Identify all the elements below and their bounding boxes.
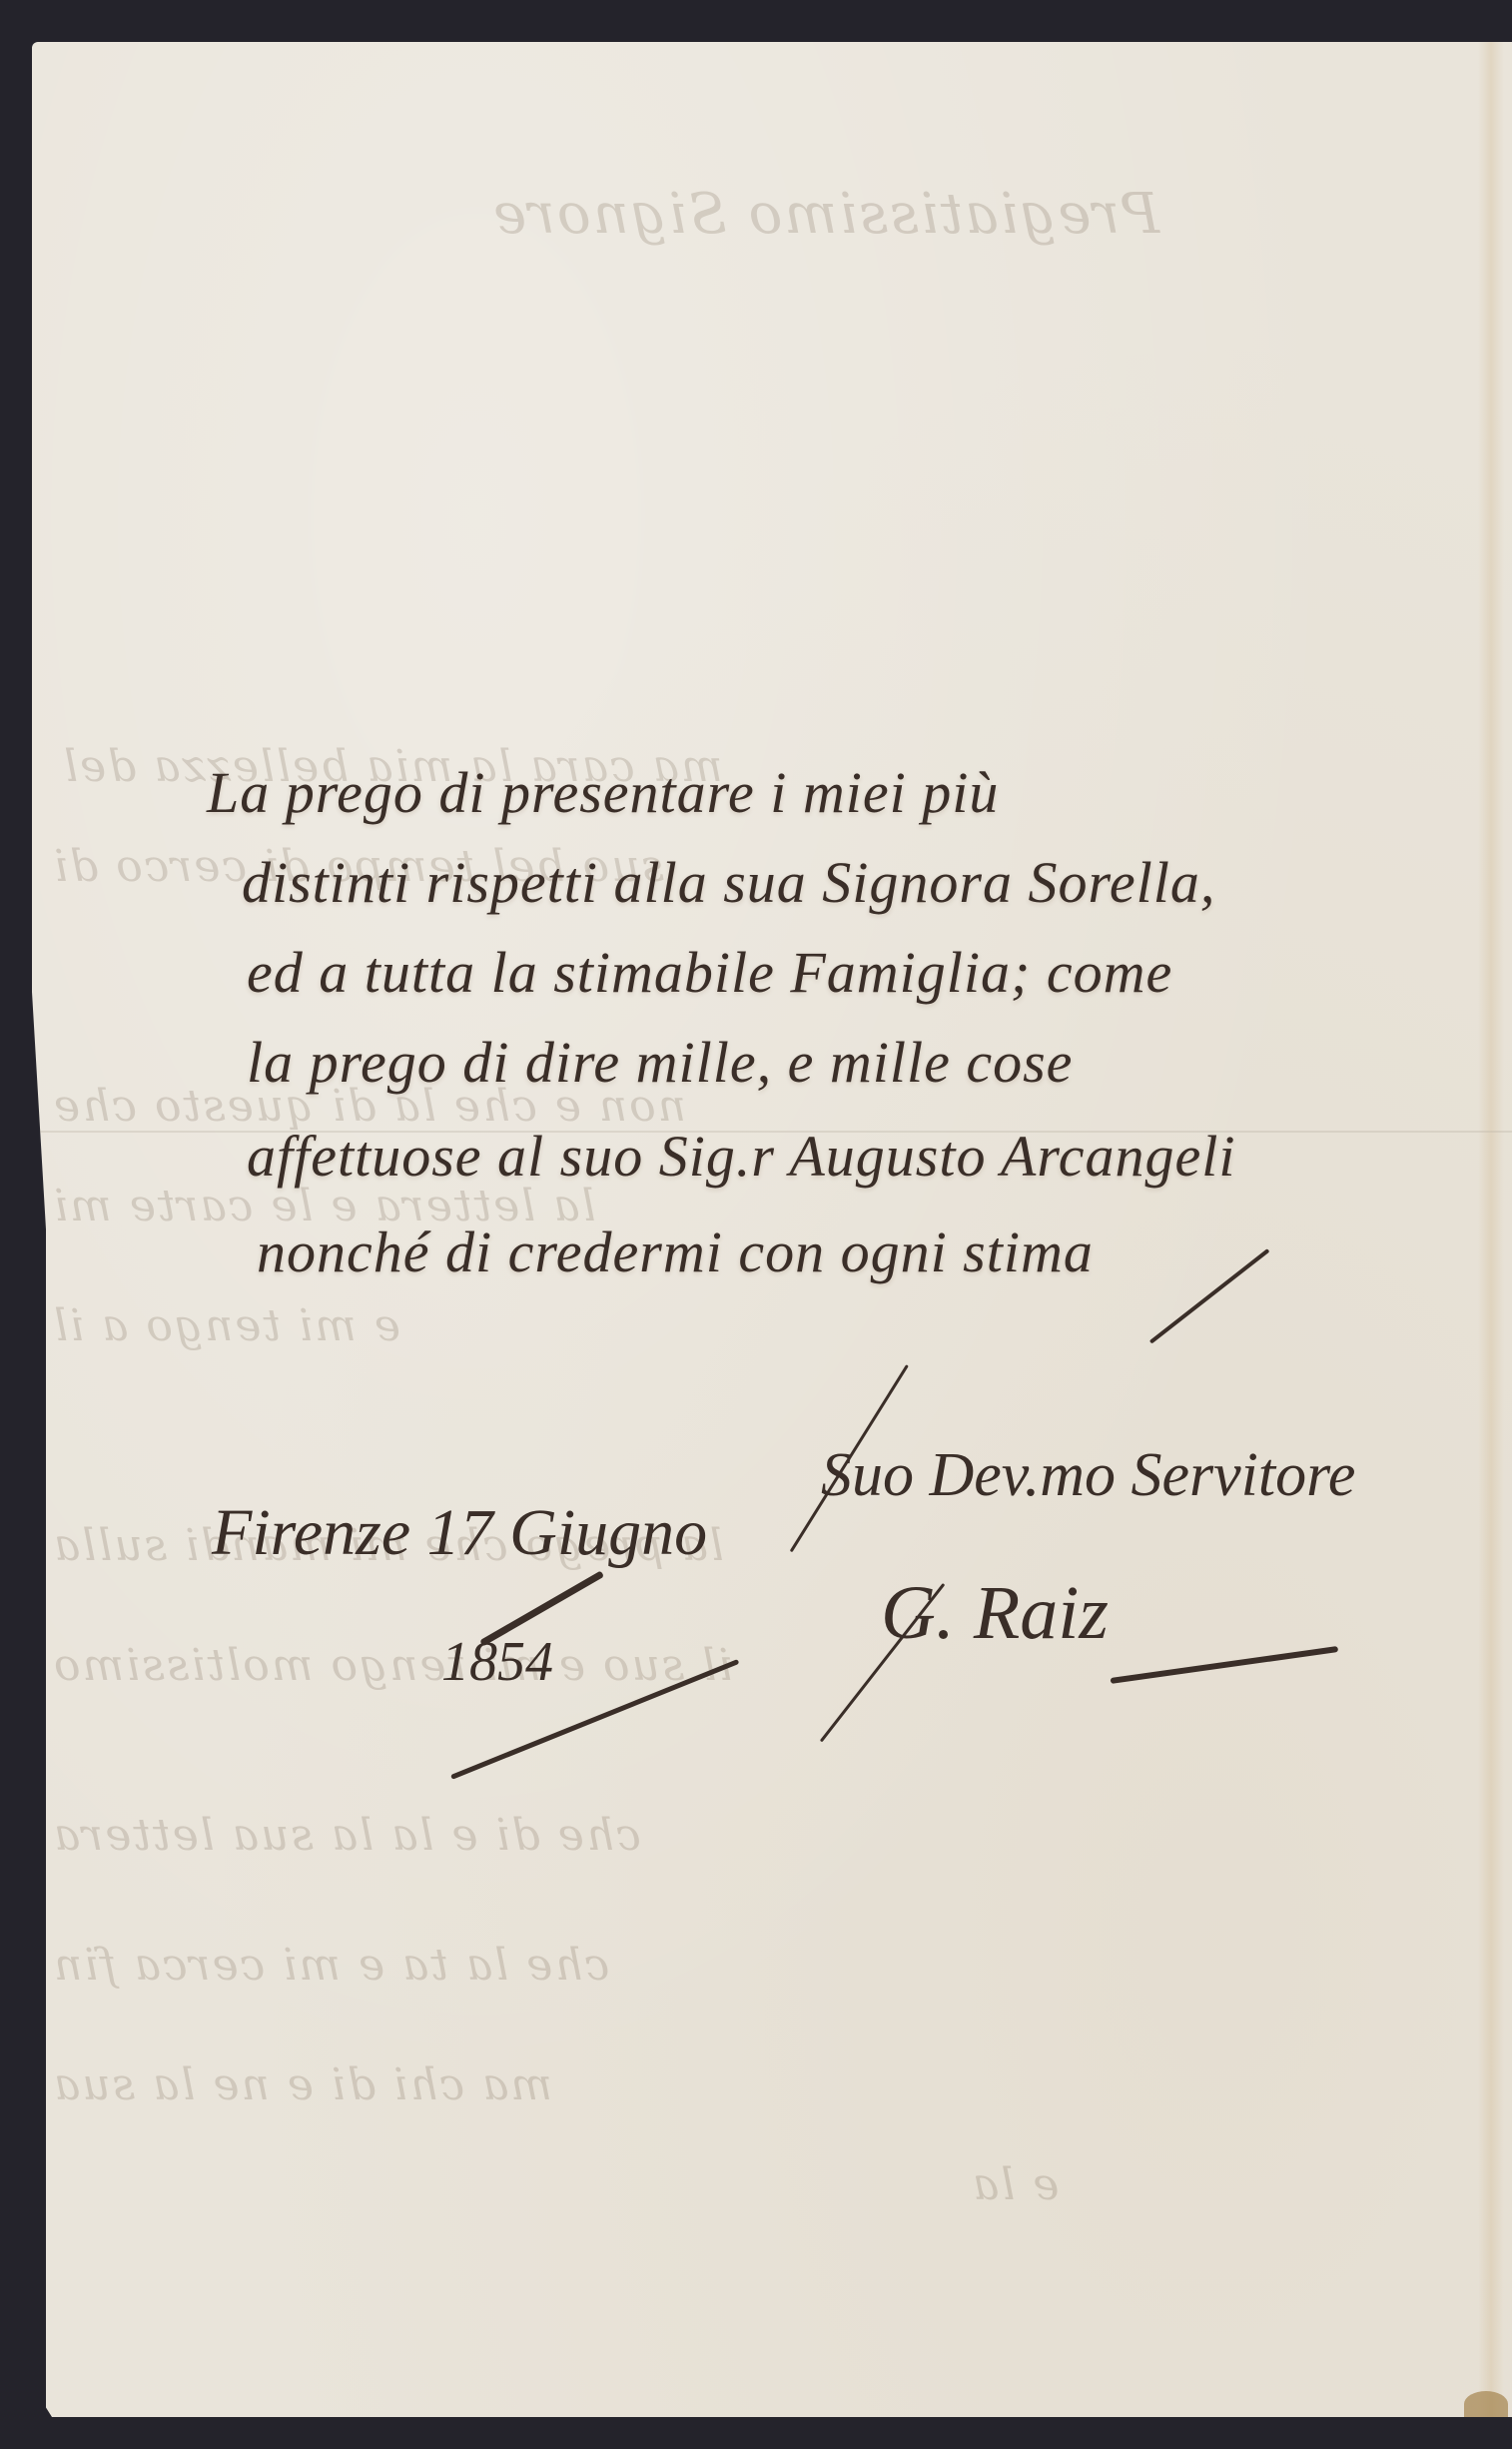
letter-page: Pregiatissimo Signore ma cara la mia bel… <box>32 42 1512 2417</box>
bleed-through-header: Pregiatissimo Signore <box>491 182 1159 247</box>
bleed-through-line: il suo e mi tengo moltissimo <box>52 1640 733 1691</box>
letter-line: distinti rispetti alla sua Signora Sorel… <box>242 849 1215 916</box>
bleed-through-line: ma chi di e ne la sua <box>52 2059 552 2110</box>
bleed-through-line: che di e la la sua lettera <box>52 1810 641 1861</box>
valediction: Suo Dev.mo Servitore <box>821 1440 1355 1511</box>
corner-stain <box>1464 2391 1508 2417</box>
bleed-through-line: e mi tengo a il <box>52 1300 400 1351</box>
bleed-through-line: che la ta e mi cerca fin <box>52 1940 609 1991</box>
letter-line: La prego di presentare i miei più <box>207 759 999 826</box>
place-date: Firenze 17 Giugno <box>212 1495 707 1571</box>
letter-line: ed a tutta la stimabile Famiglia; come <box>247 939 1172 1006</box>
signature-flourish <box>1111 1646 1339 1684</box>
bleed-through-line: e la <box>971 2159 1059 2210</box>
letter-line: affettuose al suo Sig.r Augusto Arcangel… <box>247 1123 1235 1190</box>
line-flourish <box>1149 1248 1270 1344</box>
letter-line: la prego di dire mille, e mille cose <box>247 1029 1073 1096</box>
year: 1854 <box>441 1630 553 1694</box>
edge-stain <box>1478 42 1504 2417</box>
letter-line: nonché di credermi con ogni stima <box>257 1219 1094 1285</box>
signature: G. Raiz <box>881 1570 1109 1657</box>
